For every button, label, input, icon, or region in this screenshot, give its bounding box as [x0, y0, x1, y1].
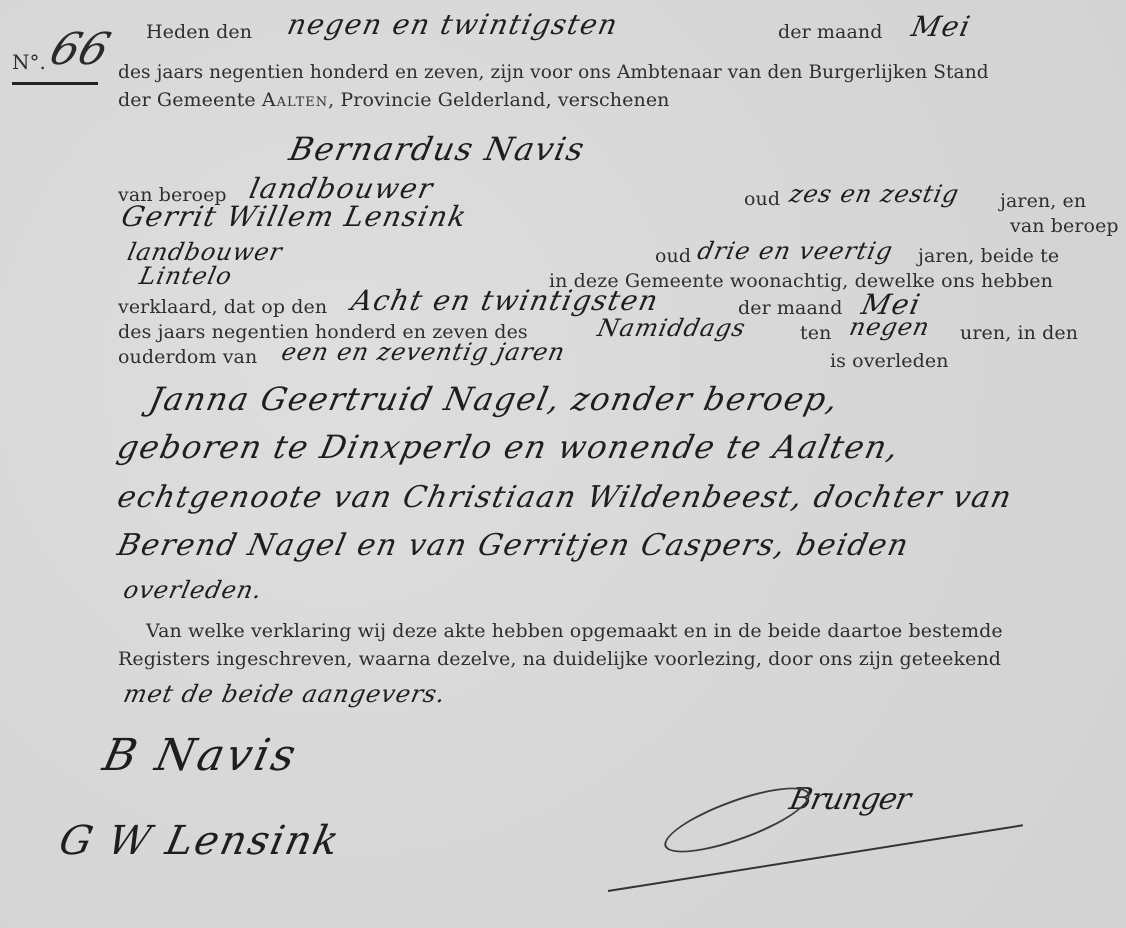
handwritten-month-registration: Mei: [908, 10, 974, 43]
death-certificate-page: N°. 66 Heden den negen en twintigsten de…: [0, 0, 1126, 928]
printed-ouderdom-van: ouderdom van: [118, 346, 257, 368]
handwritten-death-day: Acht en twintigsten: [348, 284, 662, 317]
printed-closing-line2: Registers ingeschreven, waarna dezelve, …: [118, 648, 1001, 670]
printed-der-maand-2: der maand: [738, 297, 843, 319]
municipality-name: Aalten: [262, 89, 328, 111]
signature-flourish-loop: [658, 775, 816, 865]
handwritten-age-deceased: een en zeventig jaren: [279, 338, 568, 366]
printed-closing-line1: Van welke verklaring wij deze akte hebbe…: [146, 620, 1003, 642]
handwritten-birth-residence: geboren te Dinxperlo en wonende te Aalte…: [114, 428, 903, 466]
printed-van-beroep-2: van beroep: [1010, 215, 1119, 237]
printed-uren-in-den: uren, in den: [960, 322, 1078, 344]
handwritten-declarant2-name: Gerrit Willem Lensink: [118, 200, 470, 233]
printed-jaren-beide-te: jaren, beide te: [918, 245, 1059, 267]
handwritten-spouse-parent: echtgenoote van Christiaan Wildenbeest, …: [114, 480, 1015, 515]
handwritten-declarant1-name: Bernardus Navis: [286, 130, 589, 168]
handwritten-age-declarant2: drie en veertig: [695, 237, 896, 265]
handwritten-day-of-registration: negen en twintigsten: [284, 8, 621, 41]
printed-jaren-en: jaren, en: [1000, 190, 1086, 212]
handwritten-parents: Berend Nagel en van Gerritjen Caspers, b…: [114, 528, 912, 563]
signature-g-w-lensink: G W Lensink: [55, 818, 345, 864]
printed-ten: ten: [800, 322, 831, 344]
handwritten-overleden: overleden.: [121, 576, 265, 604]
printed-oud-1: oud: [744, 188, 780, 210]
entry-number-underline: [12, 82, 98, 85]
handwritten-residence: Lintelo: [137, 262, 235, 290]
printed-der-maand: der maand: [778, 21, 883, 43]
printed-year-and-official: des jaars negentien honderd en zeven, zi…: [118, 62, 989, 83]
signature-b-navis: B Navis: [99, 730, 303, 781]
printed-der-gemeente-text: der Gemeente: [118, 89, 256, 111]
handwritten-deceased-name-occupation: Janna Geertruid Nagel, zonder beroep,: [146, 380, 843, 418]
printed-verklaard-dat: verklaard, dat op den: [118, 296, 327, 318]
handwritten-met-de-beide-aangevers: met de beide aangevers.: [121, 680, 449, 708]
printed-provincie: , Provincie Gelderland, verschenen: [328, 89, 669, 111]
printed-heden-den: Heden den: [146, 21, 252, 43]
printed-is-overleden: is overleden: [830, 350, 949, 372]
handwritten-age-declarant1: zes en zestig: [787, 180, 962, 208]
entry-number-label: N°.: [12, 50, 46, 74]
handwritten-hour: negen: [847, 313, 933, 341]
printed-der-gemeente: der Gemeente Aalten, Provincie Gelderlan…: [118, 89, 670, 111]
entry-number-value: 66: [44, 24, 117, 75]
handwritten-daypart: Namiddags: [595, 314, 748, 342]
printed-oud-2: oud: [655, 245, 691, 267]
